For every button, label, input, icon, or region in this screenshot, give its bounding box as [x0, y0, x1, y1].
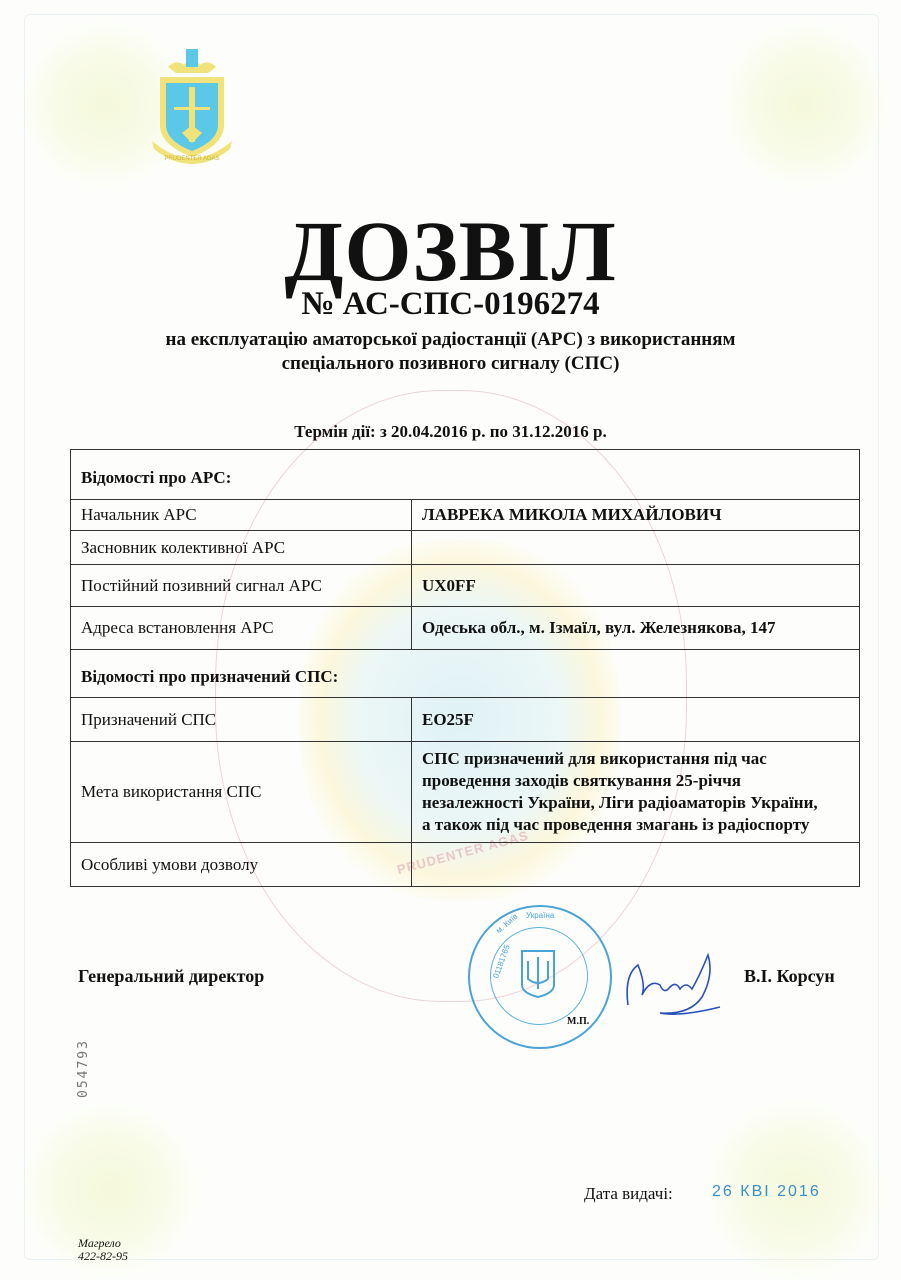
section-heading-row: Відомості про призначений СПС:: [71, 650, 860, 698]
stamp-country: Україна: [526, 911, 554, 920]
document-title: ДОЗВІЛ: [0, 208, 901, 294]
validity-period: Термін дії: з 20.04.2016 р. по 31.12.201…: [0, 422, 901, 442]
issue-date-label: Дата видачі:: [584, 1184, 673, 1204]
address-value: Одеська обл., м. Ізмаїл, вул. Железняков…: [412, 607, 860, 650]
row-label: Призначений СПС: [71, 698, 412, 742]
document-subtitle: на експлуатацію аматорської радіостанції…: [0, 328, 901, 376]
table-row: Призначений СПС EO25F: [71, 698, 860, 742]
svg-text:PRUDENTER AGAS: PRUDENTER AGAS: [164, 156, 219, 162]
purpose-line: СПС призначений для використання під час: [422, 748, 849, 770]
printer-info: Магрело 422-82-95: [78, 1237, 128, 1263]
printer-phone: 422-82-95: [78, 1250, 128, 1263]
row-label: Начальник АРС: [71, 500, 412, 531]
purpose-line: проведення заходів святкування 25-річчя: [422, 770, 849, 792]
row-label: Засновник колективної АРС: [71, 531, 412, 565]
callsign-value: UX0FF: [412, 565, 860, 607]
stamp-mark-label: М.П.: [567, 1016, 589, 1027]
row-label: Особливі умови дозволу: [71, 843, 412, 887]
trident-icon: [520, 949, 556, 999]
signatory-position: Генеральний директор: [78, 966, 264, 987]
purpose-line: незалежності України, Ліги радіоаматорів…: [422, 792, 849, 814]
table-row: Особливі умови дозволу: [71, 843, 860, 887]
collective-founder-value: [412, 531, 860, 565]
row-label: Адреса встановлення АРС: [71, 607, 412, 650]
handwritten-signature: [620, 945, 740, 1025]
table-row: Начальник АРС ЛАВРЕКА МИКОЛА МИХАЙЛОВИЧ: [71, 500, 860, 531]
special-conditions-value: [412, 843, 860, 887]
special-callsign-value: EO25F: [412, 698, 860, 742]
table-row: Мета використання СПС СПС призначений дл…: [71, 742, 860, 843]
section-heading-row: Відомості про АРС:: [71, 450, 860, 500]
signatory-name: В.І. Корсун: [744, 966, 835, 987]
permit-number: № АС-СПС-0196274: [0, 286, 901, 323]
issue-date-stamp: 26 КВІ 2016: [712, 1183, 821, 1201]
section-heading: Відомості про призначений СПС:: [71, 650, 860, 698]
official-stamp: Україна 01181765 м. Київ: [468, 905, 612, 1049]
serial-number: 054793: [76, 1039, 91, 1098]
subtitle-line: спеціального позивного сигналу (СПС): [0, 352, 901, 376]
row-label: Мета використання СПС: [71, 742, 412, 843]
table-row: Засновник колективної АРС: [71, 531, 860, 565]
subtitle-line: на експлуатацію аматорської радіостанції…: [0, 328, 901, 352]
permit-details-table: Відомості про АРС: Начальник АРС ЛАВРЕКА…: [70, 449, 860, 887]
row-label: Постійний позивний сигнал АРС: [71, 565, 412, 607]
purpose-value: СПС призначений для використання під час…: [412, 742, 860, 843]
table-row: Адреса встановлення АРС Одеська обл., м.…: [71, 607, 860, 650]
coat-of-arms-icon: PRUDENTER AGAS: [148, 45, 236, 165]
purpose-line: а також під час проведення змагань із ра…: [422, 814, 849, 836]
table-row: Постійний позивний сигнал АРС UX0FF: [71, 565, 860, 607]
section-heading: Відомості про АРС:: [71, 450, 860, 500]
station-head-value: ЛАВРЕКА МИКОЛА МИХАЙЛОВИЧ: [412, 500, 860, 531]
rosette-decoration: [720, 20, 890, 190]
